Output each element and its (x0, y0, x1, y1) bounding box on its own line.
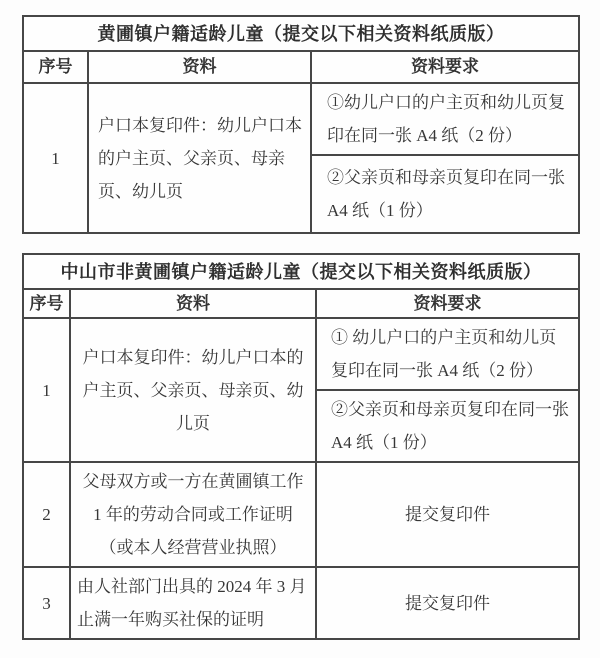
table1-header-material: 资料 (88, 51, 311, 83)
table2-row3-seq: 3 (23, 567, 70, 639)
table2-row2-requirement: 提交复印件 (316, 462, 579, 567)
table1-header-requirement: 资料要求 (311, 51, 579, 83)
table2-row2-material: 父母双方或一方在黄圃镇工作 1 年的劳动合同或工作证明（或本人经营营业执照） (70, 462, 316, 567)
table2-header-seq: 序号 (23, 289, 70, 318)
document-page: 黄圃镇户籍适龄儿童（提交以下相关资料纸质版） 序号 资料 资料要求 1 户口本复… (0, 0, 600, 658)
table2-title: 中山市非黄圃镇户籍适龄儿童（提交以下相关资料纸质版） (23, 254, 579, 289)
table2-row1-material: 户口本复印件：幼儿户口本的户主页、父亲页、母亲页、幼儿页 (70, 318, 316, 462)
table1-row1-requirement-2: ②父亲页和母亲页复印在同一张 A4 纸（1 份） (311, 155, 579, 233)
table2-header-requirement: 资料要求 (316, 289, 579, 318)
table2-row1-requirement-2: ②父亲页和母亲页复印在同一张 A4 纸（1 份） (316, 390, 579, 462)
table2-row3-requirement: 提交复印件 (316, 567, 579, 639)
table1-row1-requirement-1: ①幼儿户口的户主页和幼儿页复印在同一张 A4 纸（2 份） (311, 83, 579, 155)
table1-row1-seq: 1 (23, 83, 88, 233)
table2-row2-seq: 2 (23, 462, 70, 567)
table2-row1-seq: 1 (23, 318, 70, 462)
table-huangpu-hukou-children: 黄圃镇户籍适龄儿童（提交以下相关资料纸质版） 序号 资料 资料要求 1 户口本复… (22, 15, 580, 234)
table2-header-material: 资料 (70, 289, 316, 318)
table-non-huangpu-hukou-children: 中山市非黄圃镇户籍适龄儿童（提交以下相关资料纸质版） 序号 资料 资料要求 1 … (22, 253, 580, 640)
table1-header-seq: 序号 (23, 51, 88, 83)
table1-row1-material: 户口本复印件：幼儿户口本的户主页、父亲页、母亲页、幼儿页 (88, 83, 311, 233)
table2-row1-requirement-1: ① 幼儿户口的户主页和幼儿页复印在同一张 A4 纸（2 份） (316, 318, 579, 390)
table1-title: 黄圃镇户籍适龄儿童（提交以下相关资料纸质版） (23, 16, 579, 51)
table2-row3-material: 由人社部门出具的 2024 年 3 月止满一年购买社保的证明 (70, 567, 316, 639)
